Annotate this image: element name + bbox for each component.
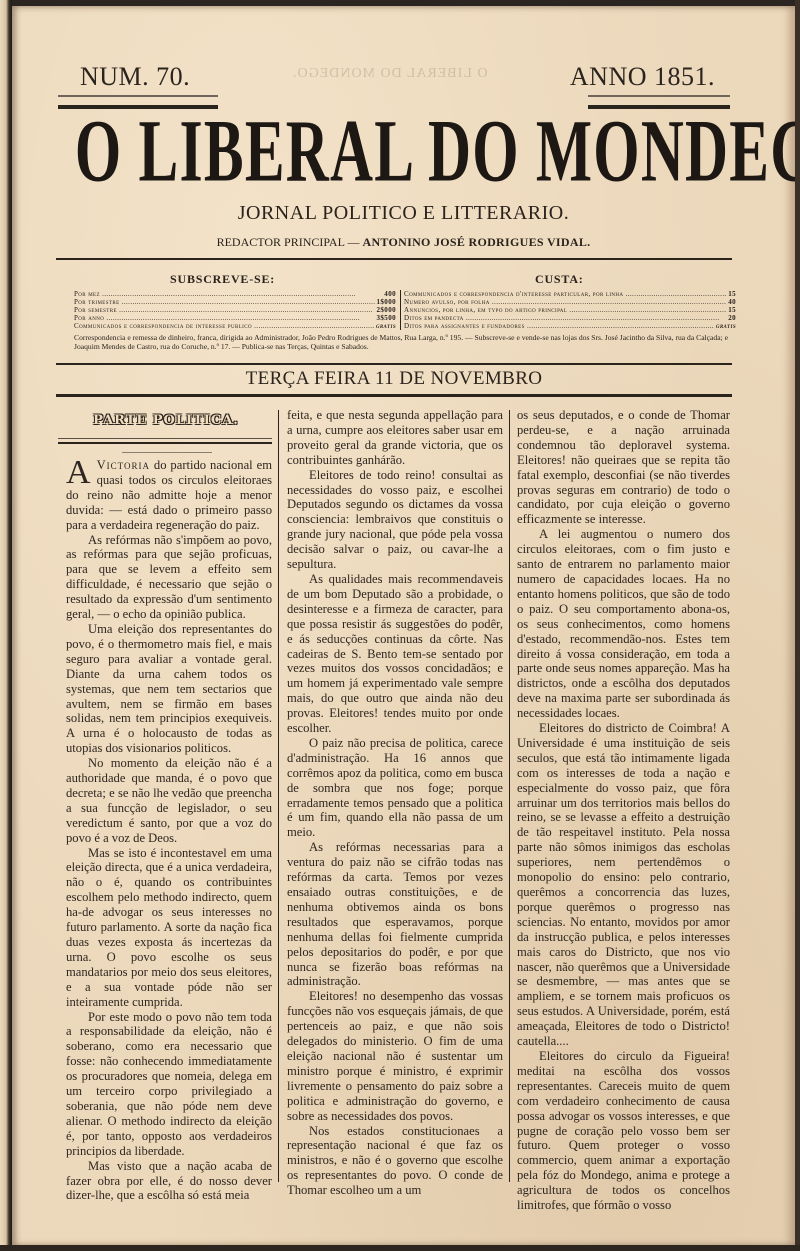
article-paragraph: Mas visto que a nação acaba de fazer obr… bbox=[66, 1159, 272, 1204]
article-paragraph: Por este modo o povo não tem toda a resp… bbox=[66, 1010, 272, 1159]
subscription-item: Communicados e correspondencia de intere… bbox=[74, 322, 396, 330]
redactor-line: REDACTOR PRINCIPAL — ANTONINO JOSÉ RODRI… bbox=[12, 235, 795, 250]
article-column-3: os seus deputados, e o conde de Thomar p… bbox=[517, 408, 730, 1213]
divider bbox=[56, 394, 732, 397]
administration-notice: Correspondencia e remessa de dinheiro, f… bbox=[74, 333, 734, 351]
book-binding bbox=[0, 0, 12, 1251]
cost-item: Numero avulso, por folha40 bbox=[404, 298, 736, 306]
subscription-item: Por semestre2$000 bbox=[74, 306, 396, 314]
cost-item: Ditos em pandecta20 bbox=[404, 314, 736, 322]
issue-number: NUM. 70. bbox=[80, 62, 190, 92]
costs-list: Communicados e correspondencia d'interes… bbox=[400, 290, 736, 330]
masthead-top-line: NUM. 70. ANNO 1851. bbox=[76, 62, 715, 92]
article-paragraph: Eleitores do circulo da Figueira! medita… bbox=[517, 1049, 730, 1213]
article-paragraph: Eleitores de todo reino! consultai as ne… bbox=[287, 468, 503, 572]
section-rule-thin bbox=[122, 452, 212, 453]
article-paragraph: As refórmas não s'impõem ao povo, as ref… bbox=[66, 533, 272, 622]
article-paragraph: feita, e que nesta segunda appellação pa… bbox=[287, 408, 503, 468]
subscription-box: SUBSCREVE-SE: CUSTA: Por mez400 Por trim… bbox=[70, 272, 730, 364]
article-paragraph: Mas se isto é incontestavel em uma eleiç… bbox=[66, 846, 272, 1010]
article-paragraph: Eleitores! no desempenho das vossas func… bbox=[287, 989, 503, 1123]
redactor-label: REDACTOR PRINCIPAL — bbox=[217, 235, 363, 249]
subscription-item: Por mez400 bbox=[74, 290, 396, 298]
issue-year: ANNO 1851. bbox=[570, 62, 715, 92]
article-paragraph: Nos estados constitucionaes a representa… bbox=[287, 1124, 503, 1199]
article-paragraph: os seus deputados, e o conde de Thomar p… bbox=[517, 408, 730, 527]
redactor-name: ANTONINO JOSÉ RODRIGUES VIDAL. bbox=[362, 235, 590, 249]
lead-word: Victoria bbox=[97, 458, 150, 472]
column-separator bbox=[509, 410, 510, 1182]
article-paragraph: A lei augmentou o numero dos circulos el… bbox=[517, 527, 730, 721]
divider bbox=[56, 258, 732, 260]
section-rule bbox=[58, 438, 272, 444]
article-paragraph: As qualidades mais recommendaveis de um … bbox=[287, 572, 503, 736]
newspaper-title: O LIBERAL DO MONDEGO. bbox=[75, 106, 763, 195]
article-paragraph: No momento da eleição não é a authoridad… bbox=[66, 756, 272, 845]
drop-cap: A bbox=[66, 460, 91, 486]
date-line: TERÇA FEIRA 11 DE NOVEMBRO bbox=[56, 368, 732, 390]
subscription-item: Por anno3$500 bbox=[74, 314, 396, 322]
article-column-1: AVictoria do partido nacional em quasi t… bbox=[66, 458, 272, 1203]
costs-heading: CUSTA: bbox=[535, 272, 584, 287]
subscription-list: Por mez400 Por trimestre1$000 Por semest… bbox=[74, 290, 396, 330]
subscription-heading: SUBSCREVE-SE: bbox=[170, 272, 275, 287]
article-paragraph: AVictoria do partido nacional em quasi t… bbox=[66, 458, 272, 533]
article-paragraph: As refórmas necessarias para a ventura d… bbox=[287, 840, 503, 989]
article-column-2: feita, e que nesta segunda appellação pa… bbox=[287, 408, 503, 1198]
subscription-item: Por trimestre1$000 bbox=[74, 298, 396, 306]
newspaper-page: O LIBERAL DO MONDEGO. NUM. 70. ANNO 1851… bbox=[12, 6, 795, 1246]
column-separator bbox=[278, 410, 279, 1182]
divider bbox=[56, 363, 732, 365]
newspaper-subtitle: JORNAL POLITICO E LITTERARIO. bbox=[12, 202, 795, 225]
cost-item: Communicados e correspondencia d'interes… bbox=[404, 290, 736, 298]
cost-item: Annuncios, por linha, em typo do artigo … bbox=[404, 306, 736, 314]
article-paragraph: Eleitores do districto de Coimbra! A Uni… bbox=[517, 721, 730, 1049]
article-paragraph: O paiz não precisa de politica, carece d… bbox=[287, 736, 503, 840]
article-paragraph: Uma eleição dos representantes do povo, … bbox=[66, 622, 272, 756]
page-edge bbox=[0, 1245, 800, 1251]
section-heading: PARTE POLITICA. bbox=[60, 413, 272, 428]
cost-item: Ditos para assignantes e fundadoresgrati… bbox=[404, 322, 736, 330]
page-edge bbox=[795, 0, 800, 1251]
